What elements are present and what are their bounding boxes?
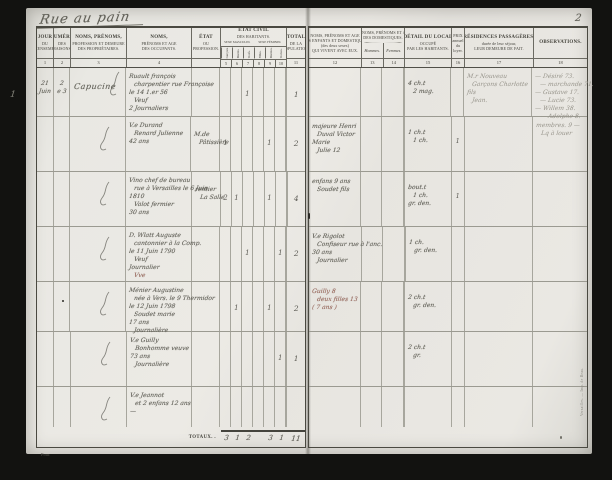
cell-etat-civil: 11 [220,117,287,171]
tally-cell [220,68,231,116]
handwriting-line: le 14 1.er 56 [129,89,192,97]
ink-speck [308,213,310,219]
cell-femmes [382,172,404,226]
handwriting-line: e 3 [53,88,70,96]
handwriting-line: gr. [413,352,451,360]
column-residences-label: RÉSIDENCES PASSAGÈRES, durée de leur séj… [465,28,533,58]
cell-numero [54,117,71,171]
cell-femmes [382,387,404,427]
totals-label: TOTAUX. . [37,427,221,440]
handwriting-line: 30 ans [312,249,362,257]
cell-etat-civil: 11 [220,282,287,331]
column-number: 18 [534,58,587,67]
cell-hommes [361,68,382,116]
column-number: 11 [287,58,305,67]
paraph-mark [98,235,112,270]
cell-observations [533,282,587,331]
cell-domestiques [361,117,405,171]
handwriting-line: Julie 12 [317,147,361,155]
column-number: 7 [243,60,254,67]
cell-enfants [309,387,361,427]
column-number: 16 [452,58,464,67]
handwriting-line: Confiseur rue à l'anc. [317,241,362,249]
table-row: majeure HenriDuval VictorMarieJulie 121 … [309,117,587,172]
scan-background: 1 Lyl Rue au pain 2 JOUR DU RECENSEMENT.… [0,0,612,480]
cell-profession: rentierLa Salle [192,172,221,226]
tally-cell [253,387,264,427]
cell-proprietaire [70,282,126,331]
handwriting-line: 4 ch.t [408,80,451,88]
handwriting-line: Guilly 8 [312,288,361,296]
pencil-line: Garçons Charlotte [472,81,532,89]
cell-femmes [382,117,404,171]
pencil-line: Jean. [472,97,532,105]
totals-values: 3123111 [221,430,305,443]
label-line: loyer. [453,48,463,53]
tally-cell [276,172,287,226]
tally-cell: 1 [265,172,276,226]
handwriting-line: Marie [312,139,361,147]
cell-femmes [382,332,404,386]
pencil-line: — Lucie 73. [540,97,588,105]
cell-prix [452,332,465,386]
cell-observations [533,387,587,427]
tally-cell [253,68,264,116]
label-line: DES PROPRIÉTAIRES. [78,46,120,51]
totals-row: TOTAUX. . 3123111 [37,427,305,450]
right-table-rows: 4 ch.t2 mag.M.r NouveauGarçons Charlotte… [309,68,587,427]
handwriting-line: ( 7 ans ) [312,304,361,312]
cell-total: 2 [287,227,305,281]
tally-cell [231,68,242,116]
cell-numero [54,387,71,427]
cell-proprietaire [70,227,126,281]
cell-prix [452,387,465,427]
printer-imprint: Versailles. — Imp. de Beau. [580,326,584,416]
subcolumn-label: Garçons. [221,47,232,58]
cell-prix [452,282,465,331]
pencil-line: Lq à louer [540,130,587,138]
column-profession: ÉTAT OU PROFESSION. [192,28,221,67]
total-grand: 11 [286,434,305,443]
column-group-etat-civil: ÉTAT CIVIL DES HABITANTS. SEXE MASCULIN.… [221,28,287,67]
tally-cell [220,332,231,386]
tally-cell [264,227,275,281]
cell-jour [37,332,54,386]
cell-numero [54,282,71,331]
margin-row-mark: 1 [9,90,16,100]
cell-enfants: majeure HenriDuval VictorMarieJulie 12 [309,117,361,171]
handwriting-line: Valot fermier [133,201,191,209]
cell-numero: 2e 3 [54,68,71,116]
tally-cell [231,387,242,427]
column-prix: PRIX annuel du loyer. 16 [452,28,465,67]
cell-residences [465,387,533,427]
label-line: OBSERVATIONS. [539,40,581,46]
column-residences: RÉSIDENCES PASSAGÈRES, durée de leur séj… [465,28,534,67]
cell-profession [192,387,221,427]
cell-prix [452,227,465,281]
handwriting-line: cantonnier à la Comp. [134,240,192,248]
tally-cell [220,387,231,427]
tally-cell [253,117,264,171]
cell-etat-civil: 1 [220,332,287,386]
handwriting-line: gr. den. [413,302,451,310]
handwriting-line: V.e Guilly [129,337,191,345]
handwriting-line: 1810 [128,193,191,201]
table-row: D. Wlatt Augustecantonnier à la Comp.le … [37,227,305,282]
cell-domestiques [361,172,405,226]
label-line: Femmes. [384,43,405,58]
column-occupants: NOMS, PRÉNOMS ET AGE DES OCCUPANTS. 4 [127,28,192,67]
handwriting-line: Veuf [134,256,192,264]
right-table-header: NOMS, PRÉNOMS ET AGE DES ENFANTS ET DOME… [309,28,587,68]
handwriting-line: 1 ch. [413,192,451,200]
handwriting-line: Veuf [134,97,192,105]
cell-total: 1 [287,68,305,116]
pencil-line: — Désiré 73. [535,73,588,81]
cell-occupants: V.e Jeannotet 2 enfans 12 ans— [127,387,192,427]
tally-cell [253,282,264,331]
cell-proprietaire [70,172,125,226]
tally-cell [231,117,242,171]
cell-total: 1 [287,332,305,386]
handwriting-line: Juin [37,88,54,96]
column-observations-label: OBSERVATIONS. [534,28,587,58]
table-row: 4 ch.t2 mag.M.r NouveauGarçons Charlotte… [309,68,587,117]
column-detail-local: DÉTAIL DU LOCAL OCCUPÉ PAR LES HABITANTS… [405,28,452,67]
handwriting-line: rentier [194,186,220,194]
handwriting-line: 2 mag. [413,88,451,96]
cell-proprietaire [71,387,127,427]
handwriting-line: Renard Julienne [134,130,191,138]
label-line: Hommes. [362,43,383,58]
cell-residences [465,227,533,281]
column-number: 3 [71,58,126,67]
cell-femmes [382,282,404,331]
cell-total: 2 [287,282,305,331]
column-group-domestiques: NOMS, PRÉNOMS ET AGE DES DOMESTIQUES. Ho… [362,28,405,67]
domestiques-title: NOMS, PRÉNOMS ET AGE DES DOMESTIQUES. [362,28,404,43]
label-line: PROFESSION. [193,46,219,51]
subcolumn-femmes: Femmes. 14 [384,43,405,67]
column-proprietaires: NOMS, PRÉNOMS, PROFESSION ET DEMEURE DES… [71,28,127,67]
tally-cell: 1 [242,68,253,116]
paraph-mark [99,340,113,375]
column-number: 13 [362,58,383,67]
tally-cell [264,68,275,116]
cell-jour [37,227,54,281]
paraph-mark [98,180,112,215]
handwriting-line: Soudet marie [134,311,192,319]
column-number: 2 [54,58,70,67]
column-number: 4 [127,58,191,67]
handwriting-line: Vino chef de bureau [128,177,191,185]
cell-etat-civil: 1 [220,68,287,116]
cell-detail-local: 1 ch.t1 ch. [405,117,451,171]
register-spread: Rue au pain 2 JOUR DU RECENSEMENT. 1 NUM… [26,8,592,454]
handwriting-line: née à Vers. le 9 Thermidor [134,295,192,303]
tally-cell [220,227,231,281]
column-number: 17 [465,58,533,67]
etat-civil-subcolumns: Garçons.Mariés.Veufs.Filles.Mariées.Veuv… [221,46,286,58]
handwriting-line: V.e Durand [129,122,191,130]
subcolumn-label: Mariées. [265,47,276,58]
handwriting-line: La Salle [199,194,220,202]
handwriting-line: Bonhomme veuve [134,345,191,353]
handwriting-line: le 12 Juin 1798 [129,303,192,311]
handwriting-line: 2 ch.t [408,294,451,302]
tally-cell: 1 [264,282,275,331]
cell-occupants: V.e GuillyBonhomme veuve73 ansJournalièr… [127,332,192,386]
ink-speck [560,436,562,439]
handwriting-line: V.e Rigolot [312,233,362,241]
cell-jour [37,387,54,427]
handwriting-line: 1 ch. [413,137,451,145]
column-number: 9 [265,60,276,67]
red-pencil-note: Vve [134,272,192,280]
cell-observations [533,332,587,386]
column-observations: OBSERVATIONS. 18 [534,28,587,67]
cell-detail-local [405,387,451,427]
label-line: MAISONS. [54,46,70,51]
handwriting-line: gr. den. [408,200,451,208]
cell-profession [192,282,220,331]
cell-domestiques [361,332,405,386]
tally-cell [253,227,264,281]
cell-jour [37,172,54,226]
cell-numero [54,172,71,226]
handwriting-line: 2 ch.t [408,344,451,352]
cell-detail-local: bout.t1 ch.gr. den. [405,172,451,226]
cell-femmes [383,227,405,281]
cell-enfants: Guilly 8deux filles 13( 7 ans ) [309,282,361,331]
table-row: 2 ch.tgr. [309,332,587,387]
subcolumn-label: Mariés. [232,47,243,58]
pencil-line: membres. 9 — [535,122,587,130]
cell-numero [54,332,71,386]
handwriting-line: — [129,408,191,416]
handwriting-line: bout.t [408,184,451,192]
column-total-label: TOTAL DE LA POPULATION. [287,28,305,58]
cell-etat-civil: 211 [221,172,288,226]
cell-detail-local: 2 ch.tgr. den. [405,282,451,331]
cell-hommes [361,387,382,427]
handwriting-line: le 11 Juin 1790 [129,248,192,256]
cell-occupants: Ménier Augustinenée à Vers. le 9 Thermid… [126,282,192,331]
cell-enfants: V.e RigolotConfiseur rue à l'anc.30 ansJ… [309,227,362,281]
column-number: 6 [232,60,243,67]
left-table-rows: 21Juin2e 3CapucineRuault françoischarpen… [37,68,305,427]
cell-domestiques [361,282,405,331]
tally-cell [253,332,264,386]
column-number: 10 [276,60,286,67]
table-row: 21Juin2e 3CapucineRuault françoischarpen… [37,68,305,117]
subcolumn-label: Veuves. [276,47,286,58]
cell-residences [465,332,533,386]
handwriting-line: rue à Versailles le 6 Juin [133,185,191,193]
cell-occupants: D. Wlatt Augustecantonnier à la Comp.le … [126,227,192,281]
left-table-header: JOUR DU RECENSEMENT. 1 NUMÉRO DES MAISON… [37,28,305,68]
pencil-line: — Gustave 17. [535,89,588,97]
cell-residences: M.r NouveauGarçons CharlottefilsJean. [464,68,532,116]
cell-observations: membres. 9 —Lq à louer [533,117,587,171]
cell-profession [192,68,220,116]
cell-prix [451,68,464,116]
cell-proprietaire [71,332,127,386]
cell-hommes [361,282,382,331]
column-numero: NUMÉRO DES MAISONS. 2 [54,28,71,67]
tally-cell [275,387,286,427]
column-jour-label: JOUR DU RECENSEMENT. [37,28,53,58]
column-number: 15 [405,58,451,67]
cell-domestiques [361,68,405,116]
cell-detail-local: 1 ch.gr. den. [406,227,452,281]
cell-observations: — Désiré 73.— marchande 71.— Gustave 17.… [532,68,587,116]
column-number: 14 [384,58,405,67]
subcolumn-label: Filles. [254,47,265,58]
table-row: V.e Jeannotet 2 enfans 12 ans— [37,387,305,427]
cell-profession [192,227,220,281]
subcolumn-label: Veufs. [243,47,254,58]
cell-detail-local: 4 ch.t2 mag. [405,68,451,116]
paraph-mark [98,125,112,160]
column-number: 8 [254,60,265,67]
pencil-line: M.r Nouveau [467,73,532,81]
label-line: QUI VIVENT AVEC EUX. [312,48,358,53]
label-line: DES DOMESTIQUES. [362,35,404,40]
handwriting-line: 30 ans [128,209,191,217]
tally-cell [243,172,254,226]
proprietor-name: Capucine [74,82,126,91]
tally-cell: 1 [275,332,286,386]
handwriting-line: 42 ans [129,138,191,146]
column-prix-label: PRIX annuel du loyer. [452,28,464,58]
handwriting-line: gr. den. [414,247,452,255]
pencil-line: — Willem 38. [535,105,588,113]
etat-civil-subcolumn-numbers: 5678910 [221,59,286,67]
pencil-line: — marchande 71. [540,81,588,89]
handwriting-line: 1 ch.t [408,129,451,137]
left-page-table: JOUR DU RECENSEMENT. 1 NUMÉRO DES MAISON… [36,26,306,448]
tally-cell: 1 [275,227,286,281]
cell-domestiques [362,227,406,281]
tally-cell [220,282,231,331]
cell-occupants: Ruault françoischarpentier rue Françoise… [126,68,192,116]
tally-cell [231,332,242,386]
cell-jour: 21Juin [37,68,54,116]
tally-cell: 1 [231,282,242,331]
cell-total [287,387,305,427]
paraph-mark [99,395,113,430]
right-page-table: NOMS, PRÉNOMS ET AGE DES ENFANTS ET DOME… [308,26,588,448]
column-number: 5 [221,60,232,67]
tally-cell [275,282,286,331]
table-row: Ménier Augustinenée à Vers. le 9 Thermid… [37,282,305,332]
handwriting-line: Journalière [134,361,191,369]
cell-proprietaire [70,117,126,171]
cell-prix: 1 [452,172,465,226]
handwriting-line: deux filles 13 [317,296,361,304]
tally-cell: 1 [220,117,231,171]
tally-cell [242,332,253,386]
column-number [192,58,220,67]
tally-cell [242,282,253,331]
cell-prix: 1 [452,117,465,171]
cell-enfants [309,332,361,386]
tally-cell: 1 [242,227,253,281]
cell-residences [465,172,533,226]
tally-cell: 1 [232,172,243,226]
column-numero-label: NUMÉRO DES MAISONS. [54,28,70,58]
cell-femmes [382,68,404,116]
cell-profession [192,332,221,386]
table-row: V.e GuillyBonhomme veuve73 ansJournalièr… [37,332,305,387]
column-number: 1 [37,58,53,67]
column-proprietaires-label: NOMS, PRÉNOMS, PROFESSION ET DEMEURE DES… [71,28,126,58]
column-profession-label: ÉTAT OU PROFESSION. [192,28,220,58]
tally-cell [275,68,286,116]
handwriting-line: Duval Victor [317,131,361,139]
table-row: V.e DurandRenard Julienne42 ansM.dePâtis… [37,117,305,172]
column-total: TOTAL DE LA POPULATION. 11 [287,28,305,67]
tally-cell [231,227,242,281]
tally-cell [254,172,265,226]
cell-hommes [361,117,382,171]
tally-cell [264,332,275,386]
cell-observations [533,227,587,281]
paraph-mark [98,290,112,325]
table-row: V.e RigolotConfiseur rue à l'anc.30 ansJ… [309,227,587,282]
tally-cell: 2 [221,172,232,226]
handwriting-line: 2 Journaliers [129,105,192,113]
cell-total: 2 [287,117,305,171]
label-line: POPULATION. [287,46,305,51]
cell-proprietaire: Capucine [70,68,126,116]
etat-civil-title: ÉTAT CIVIL DES HABITANTS. [221,28,286,40]
cell-enfants: enfans 9 ansSoudet fils [309,172,361,226]
column-occupants-label: NOMS, PRÉNOMS ET AGE DES OCCUPANTS. [127,28,191,58]
column-number: 12 [309,58,361,67]
handwriting-line: 21 [37,80,54,88]
tally-cell [264,387,275,427]
cell-detail-local: 2 ch.tgr. [405,332,451,386]
handwriting-line: 17 ans [129,319,192,327]
cell-total: 4 [288,172,305,226]
cell-domestiques [361,387,405,427]
column-enfants-domestiques: NOMS, PRÉNOMS ET AGE DES ENFANTS ET DOME… [309,28,362,67]
handwriting-line: enfans 9 ans [312,178,361,186]
handwriting-line: M.de [194,131,220,139]
handwriting-line: Journalier [129,264,192,272]
handwriting-line: Soudet fils [317,186,361,194]
table-row [309,387,587,427]
handwriting-line: Ruault françois [129,73,192,81]
page-number: 2 [574,13,582,24]
handwriting-line: V.e Jeannot [129,392,191,400]
label-line: RECENSEMENT. [37,46,53,51]
tally-cell [275,117,286,171]
subcolumn-hommes: Hommes. 13 [362,43,384,67]
ink-speck [62,300,64,302]
cell-etat-civil: 11 [220,227,287,281]
table-row: Vino chef de bureaurue à Versailles le 6… [37,172,305,227]
cell-jour [37,117,54,171]
column-enfants-label: NOMS, PRÉNOMS ET AGE DES ENFANTS ET DOME… [309,28,361,58]
cell-hommes [361,332,382,386]
label-line: DES OCCUPANTS. [142,46,176,51]
tally-cell [242,387,253,427]
